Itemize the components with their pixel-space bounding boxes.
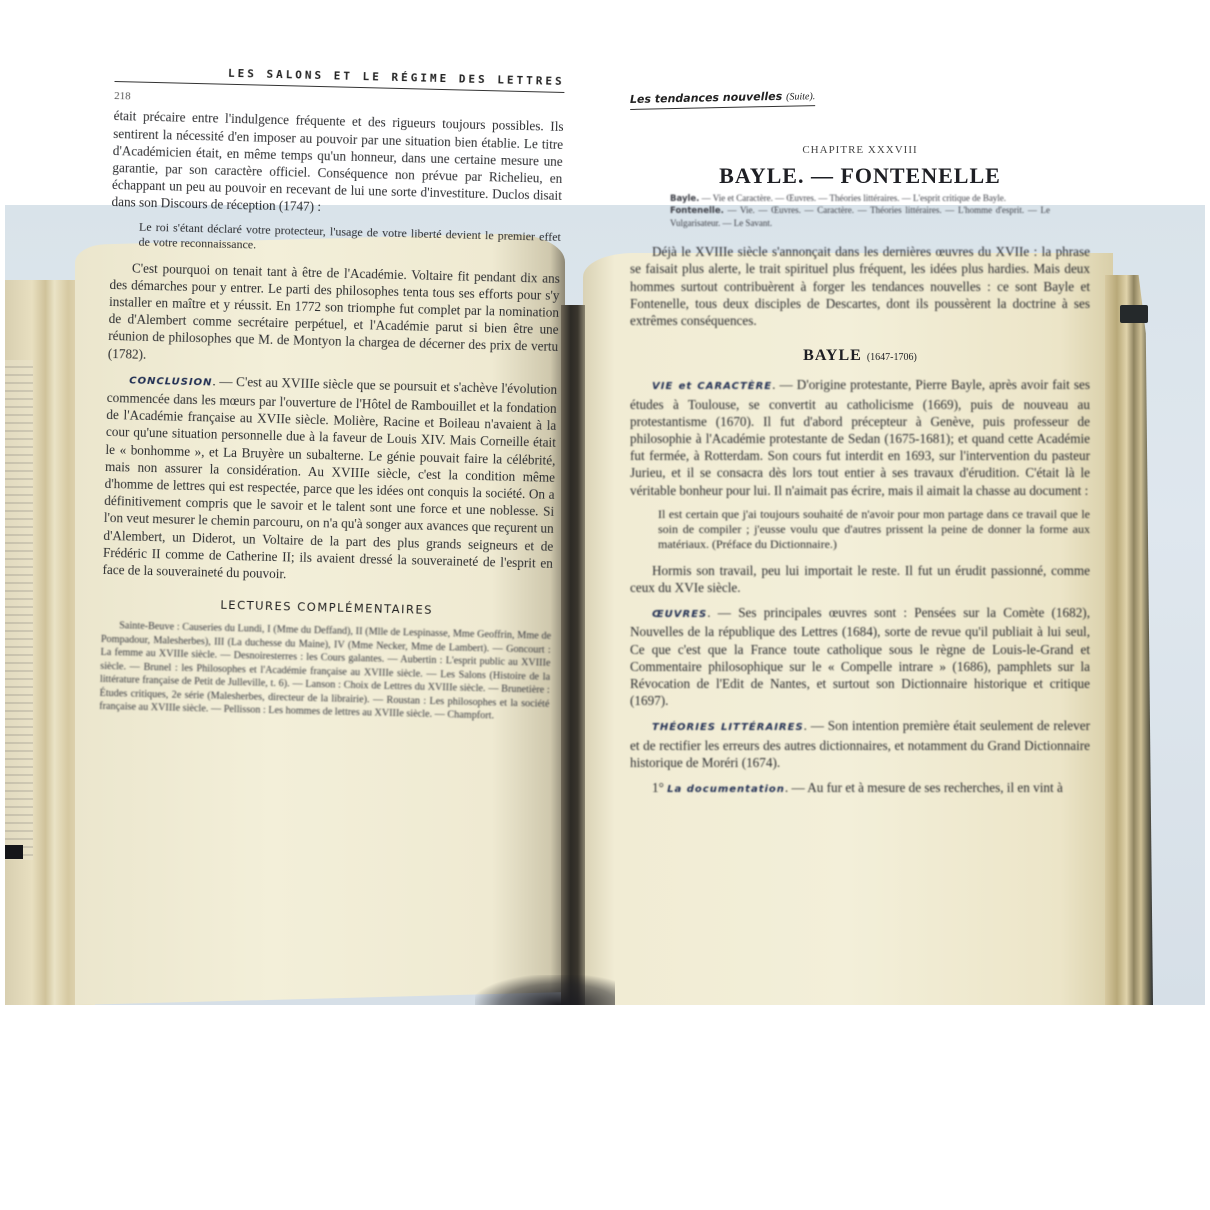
intro-paragraph: Déjà le XVIIIe siècle s'annonçait dans l…: [630, 243, 1090, 329]
torn-page-edges: [5, 360, 33, 860]
oeuvres-label: ŒUVRES: [652, 609, 707, 620]
paragraph: Hormis son travail, peu lui importait le…: [630, 562, 1090, 596]
left-page-text: LES SALONS ET LE RÉGIME DES LETTRES 218 …: [99, 62, 565, 732]
oeuvres-text: . — Ses principales œuvres sont : Pensée…: [630, 605, 1090, 708]
quote: Il est certain que j'ai toujours souhait…: [658, 507, 1090, 552]
book-cover-corner: [1120, 305, 1148, 323]
right-page-stack: [1105, 275, 1153, 1005]
doc-prefix: 1°: [652, 780, 664, 795]
running-head-suffix: (Suite).: [786, 91, 815, 103]
documentation-paragraph: 1° La documentation. — Au fur et à mesur…: [630, 779, 1090, 798]
conclusion-paragraph: CONCLUSION. — C'est au XVIIIe siècle que…: [102, 370, 557, 589]
cover-edge: [5, 845, 23, 859]
running-head-left: LES SALONS ET LE RÉGIME DES LETTRES: [115, 62, 565, 93]
vie-label: VIE et CARACTÈRE: [652, 381, 772, 392]
book-gutter: [561, 305, 585, 1005]
conclusion-text: . — C'est au XVIIIe siècle que se poursu…: [102, 373, 557, 581]
theories-paragraph: THÉORIES LITTÉRAIRES. — Son intention pr…: [630, 717, 1090, 771]
right-page-text: Les tendances nouvelles (Suite). CHAPITR…: [630, 90, 1090, 806]
summary-fontenelle-text: — Vie. — Œuvres. — Caractère. — Théories…: [670, 205, 1050, 228]
paragraph: C'est pourquoi on tenait tant à être de …: [108, 259, 560, 373]
readings-title: LECTURES COMPLÉMENTAIRES: [102, 594, 552, 622]
summary-fontenelle-label: Fontenelle.: [670, 206, 724, 216]
section-title: BAYLE (1647-1706): [630, 347, 1090, 366]
running-head-right: Les tendances nouvelles (Suite).: [630, 87, 816, 110]
quote: Le roi s'étant déclaré votre protecteur,…: [138, 219, 561, 259]
summary-bayle-label: Bayle.: [670, 194, 699, 204]
chapter-title: BAYLE. — FONTENELLE: [630, 167, 1090, 184]
gutter-shadow: [475, 975, 615, 1005]
chapter-summary: Bayle. — Vie et Caractère. — Œuvres. — T…: [670, 193, 1050, 230]
vie-text: . — D'origine protestante, Pierre Bayle,…: [630, 377, 1090, 497]
doc-text: . — Au fur et à mesure de ses recherches…: [785, 780, 1063, 795]
theories-label: THÉORIES LITTÉRAIRES: [652, 722, 804, 733]
vie-paragraph: VIE et CARACTÈRE. — D'origine protestant…: [630, 376, 1090, 498]
doc-label: La documentation: [667, 784, 785, 795]
section-dates: (1647-1706): [867, 352, 917, 363]
conclusion-label: CONCLUSION: [129, 375, 213, 388]
running-head-title: Les tendances nouvelles: [630, 90, 783, 106]
readings-list: Sainte-Beuve : Causeries du Lundi, I (Mm…: [99, 619, 551, 724]
section-name: BAYLE: [803, 347, 862, 364]
paragraph: était précaire entre l'indulgence fréque…: [111, 107, 563, 221]
oeuvres-paragraph: ŒUVRES. — Ses principales œuvres sont : …: [630, 604, 1090, 709]
summary-bayle-text: — Vie et Caractère. — Œuvres. — Théories…: [702, 193, 1006, 203]
chapter-label: CHAPITRE XXXVIII: [630, 142, 1090, 159]
